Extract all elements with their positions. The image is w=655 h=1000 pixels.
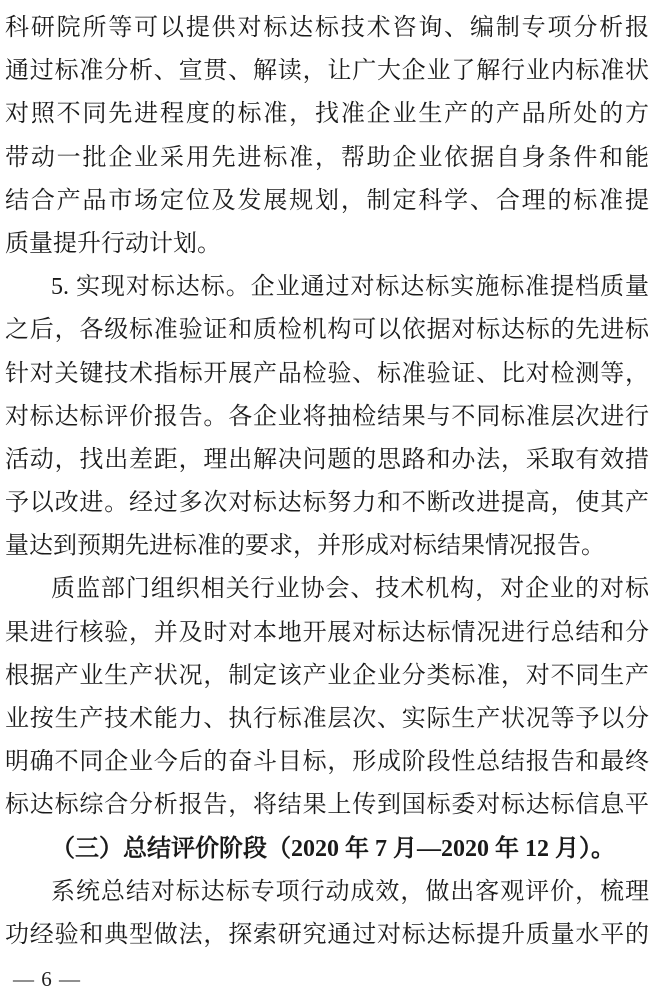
- text-line: 5. 实现对标达标。企业通过对标达标实施标准提档质量提升: [5, 266, 649, 309]
- text-line: 业按生产技术能力、执行标准层次、实际生产状况等予以分类，: [5, 698, 649, 741]
- text-line: 标达标综合分析报告，将结果上传到国标委对标达标信息平台。: [5, 784, 649, 827]
- text-line: 结合产品市场定位及发展规划，制定科学、合理的标准提档、: [5, 180, 649, 223]
- text-line: 通过标准分析、宣贯、解读，让广大企业了解行业内标准状况，: [5, 50, 649, 93]
- text-line: 功经验和典型做法，探索研究通过对标达标提升质量水平的工: [5, 914, 649, 957]
- document-body: 科研院所等可以提供对标达标技术咨询、编制专项分析报告， 通过标准分析、宣贯、解读…: [5, 7, 649, 957]
- text-line: 根据产业生产状况，制定该产业企业分类标准，对不同生产企: [5, 655, 649, 698]
- text-line: 对照不同先进程度的标准，找准企业生产的产品所处的方位，: [5, 93, 649, 136]
- text-line: 对标达标评价报告。各企业将抽检结果与不同标准层次进行对标: [5, 396, 649, 439]
- text-line: 果进行核验，并及时对本地开展对标达标情况进行总结和分析，: [5, 612, 649, 655]
- text-line: 予以改进。经过多次对标达标努力和不断改进提高，使其产品质: [5, 482, 649, 525]
- text-line: 带动一批企业采用先进标准，帮助企业依据自身条件和能力，: [5, 137, 649, 180]
- text-line: 活动，找出差距，理出解决问题的思路和办法，采取有效措施，: [5, 439, 649, 482]
- text-line: 质量提升行动计划。: [5, 223, 649, 266]
- page-number: — 6 —: [13, 967, 81, 992]
- text-line: 质监部门组织相关行业协会、技术机构，对企业的对标结: [5, 568, 649, 611]
- text-line: 针对关键技术指标开展产品检验、标准验证、比对检测等，出具: [5, 353, 649, 396]
- text-line: 科研院所等可以提供对标达标技术咨询、编制专项分析报告，: [5, 7, 649, 50]
- text-line: 明确不同企业今后的奋斗目标，形成阶段性总结报告和最终对: [5, 741, 649, 784]
- text-line: 之后，各级标准验证和质检机构可以依据对标达标的先进标准，: [5, 309, 649, 352]
- text-line: 系统总结对标达标专项行动成效，做出客观评价，梳理成: [5, 871, 649, 914]
- text-line: 量达到预期先进标准的要求，并形成对标结果情况报告。: [5, 525, 649, 568]
- document-page: 科研院所等可以提供对标达标技术咨询、编制专项分析报告， 通过标准分析、宣贯、解读…: [0, 0, 655, 1000]
- section-heading: （三）总结评价阶段（2020 年 7 月—2020 年 12 月）。: [5, 828, 649, 871]
